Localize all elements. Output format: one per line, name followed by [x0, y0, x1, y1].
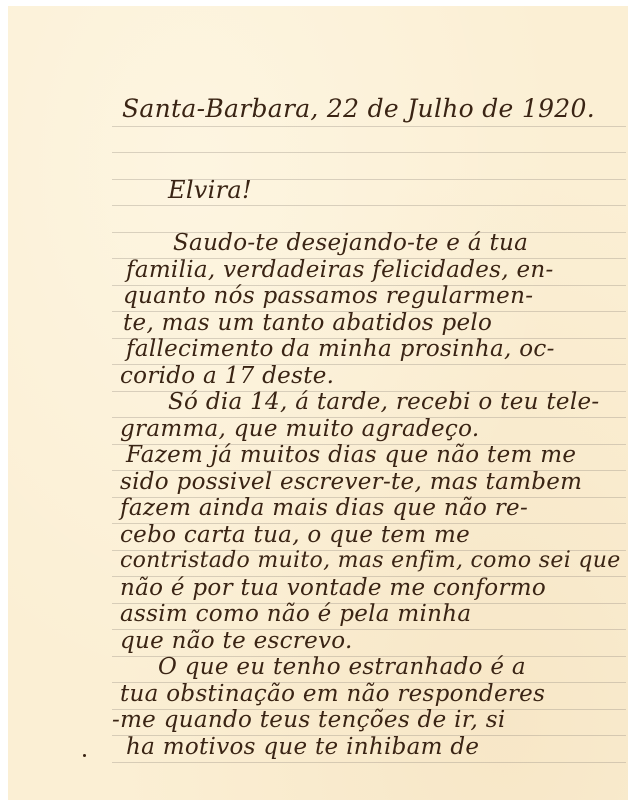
letter-line: não é por tua vontade me conformo	[120, 575, 546, 601]
letter-line: ha motivos que te inhibam de	[126, 734, 479, 760]
letter-line: corido a 17 deste.	[120, 363, 334, 389]
letter-line: gramma, que muito agradeço.	[120, 416, 479, 442]
letter-line: O que eu tenho estranhado é a	[158, 654, 526, 680]
letter-line: contristado muito, mas enfim, como sei q…	[120, 548, 621, 573]
ruled-line	[112, 205, 626, 206]
letter-line: cebo carta tua, o que tem me	[120, 522, 470, 548]
ruled-line	[112, 152, 626, 153]
letter-line: sido possivel escrever-te, mas tambem	[120, 469, 582, 495]
letter-line: Fazem já muitos dias que não tem me	[126, 442, 576, 468]
letter-line: fallecimento da minha prosinha, oc-	[126, 336, 555, 362]
letter-line: quanto nós passamos regularmen-	[123, 283, 533, 309]
letter-line: Só dia 14, á tarde, recebi o teu tele-	[168, 389, 599, 415]
letter-page: Santa-Barbara, 22 de Julho de 1920. Elvi…	[8, 6, 628, 800]
ruled-line	[112, 762, 626, 763]
salutation: Elvira!	[168, 176, 252, 204]
letter-line: tua obstinação em não responderes	[120, 681, 545, 707]
ruled-line	[112, 126, 626, 127]
letter-line: fazem ainda mais dias que não re-	[120, 495, 528, 521]
letter-line: -me quando teus tenções de ir, si	[112, 707, 506, 733]
letter-line: que não te escrevo.	[120, 628, 353, 654]
letter-line: Saudo-te desejando-te e á tua	[173, 230, 528, 256]
letter-line: familia, verdadeiras felicidades, en-	[126, 257, 554, 283]
letter-line: assim como não é pela minha	[120, 601, 471, 627]
place-date-heading: Santa-Barbara, 22 de Julho de 1920.	[122, 94, 595, 123]
letter-line: te, mas um tanto abatidos pelo	[123, 310, 492, 336]
ink-dot	[83, 754, 86, 757]
